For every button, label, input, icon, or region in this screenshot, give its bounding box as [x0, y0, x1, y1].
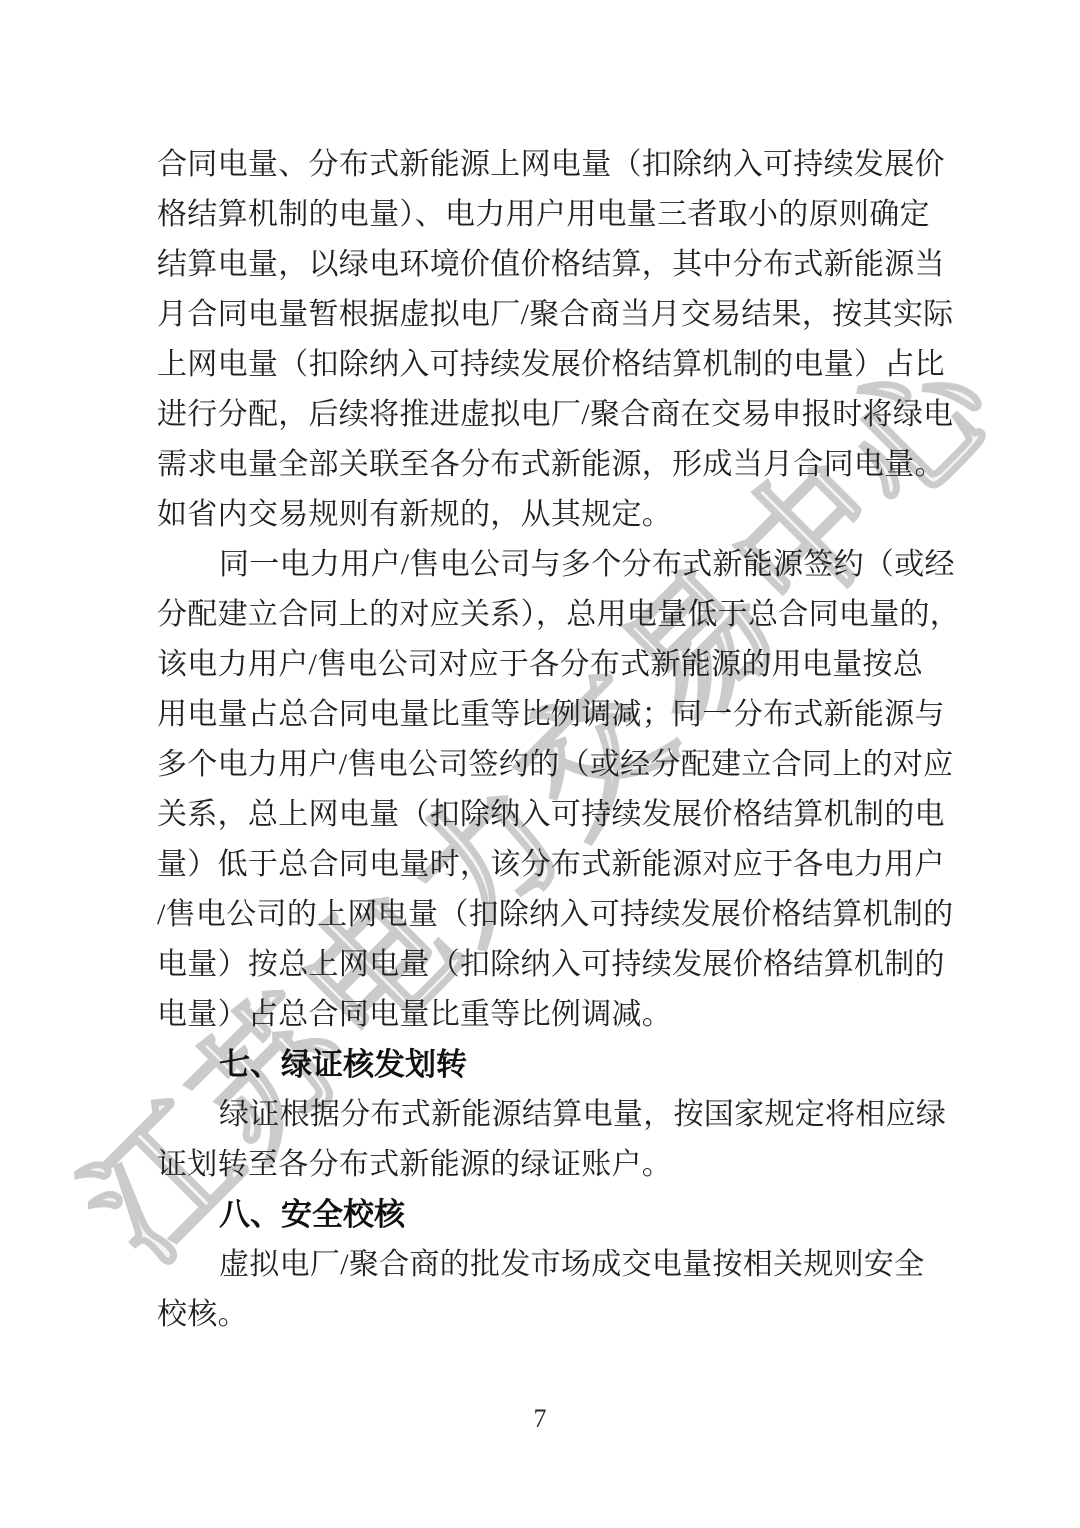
section-heading-green-cert: 七、绿证核发划转	[157, 1040, 947, 1090]
paragraph-line: 需求电量全部关联至各分布式新能源，形成当月合同电量。	[157, 440, 947, 490]
paragraph-line: 量）低于总合同电量时，该分布式新能源对应于各电力用户	[157, 840, 947, 890]
paragraph-line: 格结算机制的电量）、电力用户用电量三者取小的原则确定	[157, 190, 947, 240]
paragraph-line: 如省内交易规则有新规的，从其规定。	[157, 490, 947, 540]
page-number: 7	[0, 1404, 1080, 1434]
paragraph-line: 校核。	[157, 1290, 947, 1340]
paragraph-line: 合同电量、分布式新能源上网电量（扣除纳入可持续发展价	[157, 140, 947, 190]
paragraph-line: 该电力用户/售电公司对应于各分布式新能源的用电量按总	[157, 640, 947, 690]
paragraph-line: 虚拟电厂/聚合商的批发市场成交电量按相关规则安全	[157, 1240, 947, 1290]
paragraph-line: 绿证根据分布式新能源结算电量，按国家规定将相应绿	[157, 1090, 947, 1140]
document-page: 江苏电力交易中心 合同电量、分布式新能源上网电量（扣除纳入可持续发展价 格结算机…	[0, 0, 1080, 1528]
paragraph-line: 用电量占总合同电量比重等比例调减；同一分布式新能源与	[157, 690, 947, 740]
paragraph-line: 月合同电量暂根据虚拟电厂/聚合商当月交易结果，按其实际	[157, 290, 947, 340]
paragraph-line: 证划转至各分布式新能源的绿证账户。	[157, 1140, 947, 1190]
paragraph-line: 电量）按总上网电量（扣除纳入可持续发展价格结算机制的	[157, 940, 947, 990]
paragraph-line: 结算电量，以绿电环境价值价格结算，其中分布式新能源当	[157, 240, 947, 290]
paragraph-line: 同一电力用户/售电公司与多个分布式新能源签约（或经	[157, 540, 947, 590]
paragraph-line: 关系，总上网电量（扣除纳入可持续发展价格结算机制的电	[157, 790, 947, 840]
document-text-block: 合同电量、分布式新能源上网电量（扣除纳入可持续发展价 格结算机制的电量）、电力用…	[157, 140, 947, 1340]
paragraph-line: 多个电力用户/售电公司签约的（或经分配建立合同上的对应	[157, 740, 947, 790]
paragraph-line: /售电公司的上网电量（扣除纳入可持续发展价格结算机制的	[157, 890, 947, 940]
paragraph-line: 上网电量（扣除纳入可持续发展价格结算机制的电量）占比	[157, 340, 947, 390]
paragraph-line: 电量）占总合同电量比重等比例调减。	[157, 990, 947, 1040]
paragraph-line: 进行分配，后续将推进虚拟电厂/聚合商在交易申报时将绿电	[157, 390, 947, 440]
paragraph-line: 分配建立合同上的对应关系），总用电量低于总合同电量的，	[157, 590, 947, 640]
section-heading-safety-check: 八、安全校核	[157, 1190, 947, 1240]
